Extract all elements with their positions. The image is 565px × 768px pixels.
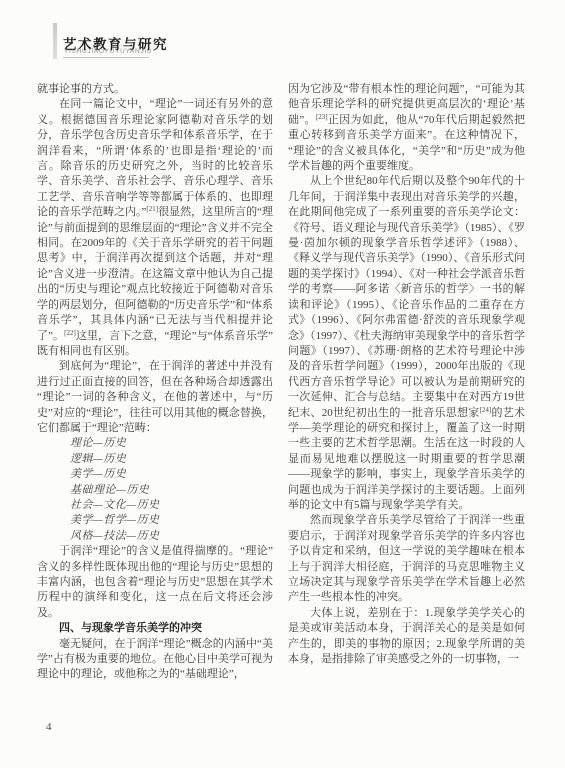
theory-history-list: 理论—历史 逻辑—历史 美学—历史 基础理论—历史 社会—文化—历史 美学—哲学… <box>37 436 273 544</box>
list-item: 逻辑—历史 <box>37 452 273 467</box>
paragraph-continuation: 就事论事的方式。 <box>37 82 273 97</box>
citation-ref: [22] <box>64 329 76 337</box>
paragraph: 于润洋“理论”的含义是值得揣摩的。“理论”含义的多样性既体现出他的“理论与历史”… <box>37 544 273 621</box>
paragraph-continuation: 因为它涉及“带有根本性的理论问题”，“可能为其他音乐理论学科的研究提供更高层次的… <box>288 82 525 174</box>
paragraph: 从上个世纪80年代后期以及整个90年代的十几年间，于润洋集中表现出对音乐美学的兴… <box>288 174 525 513</box>
paragraph: 到底何为“理论”，在于润洋的著述中并没有进行过正面直接的回答，但在各种场合却透露… <box>37 359 273 436</box>
header-accent-bar <box>53 23 57 59</box>
citation-ref: [24] <box>480 406 492 414</box>
paragraph: 然而现象学音乐美学尽管给了于润洋一些重要启示，于润洋对现象学音乐美学的许多内容也… <box>288 513 525 605</box>
list-item: 理论—历史 <box>37 436 273 451</box>
list-item: 美学—历史 <box>37 467 273 482</box>
paragraph: 在同一篇论文中，“理论”一词还有另外的意义。根据德国音乐理论家阿德勒对音乐学的划… <box>37 97 273 359</box>
list-item: 美学—哲学—历史 <box>37 513 273 528</box>
list-item: 风格—技法—历史 <box>37 529 273 544</box>
journal-page: 艺术教育与研究 YISHUJIAOYUYUYANJIU 就事论事的方式。 在同一… <box>0 0 565 768</box>
header-rule <box>63 57 149 58</box>
list-item: 基础理论—历史 <box>37 483 273 498</box>
paragraph: 毫无疑问，在于润洋“理论”概念的内涵中“美学”占有极为重要的地位。在他心目中美学… <box>37 637 273 683</box>
citation-ref: [23] <box>316 113 328 121</box>
right-column: 因为它涉及“带有根本性的理论问题”，“可能为其他音乐理论学科的研究提供更高层次的… <box>288 82 525 667</box>
left-column: 就事论事的方式。 在同一篇论文中，“理论”一词还有另外的意义。根据德国音乐理论家… <box>37 82 273 683</box>
journal-title-pinyin: YISHUJIAOYUYUYANJIU <box>64 48 152 55</box>
paragraph: 大体上说，差别在于：1.现象学美学关心的是美或审美活动本身，于润洋关心的是美是如… <box>288 606 525 668</box>
citation-ref: [21] <box>146 205 158 213</box>
section-heading: 四、与现象学音乐美学的冲突 <box>37 621 273 636</box>
page-number: 4 <box>46 721 52 733</box>
list-item: 社会—文化—历史 <box>37 498 273 513</box>
